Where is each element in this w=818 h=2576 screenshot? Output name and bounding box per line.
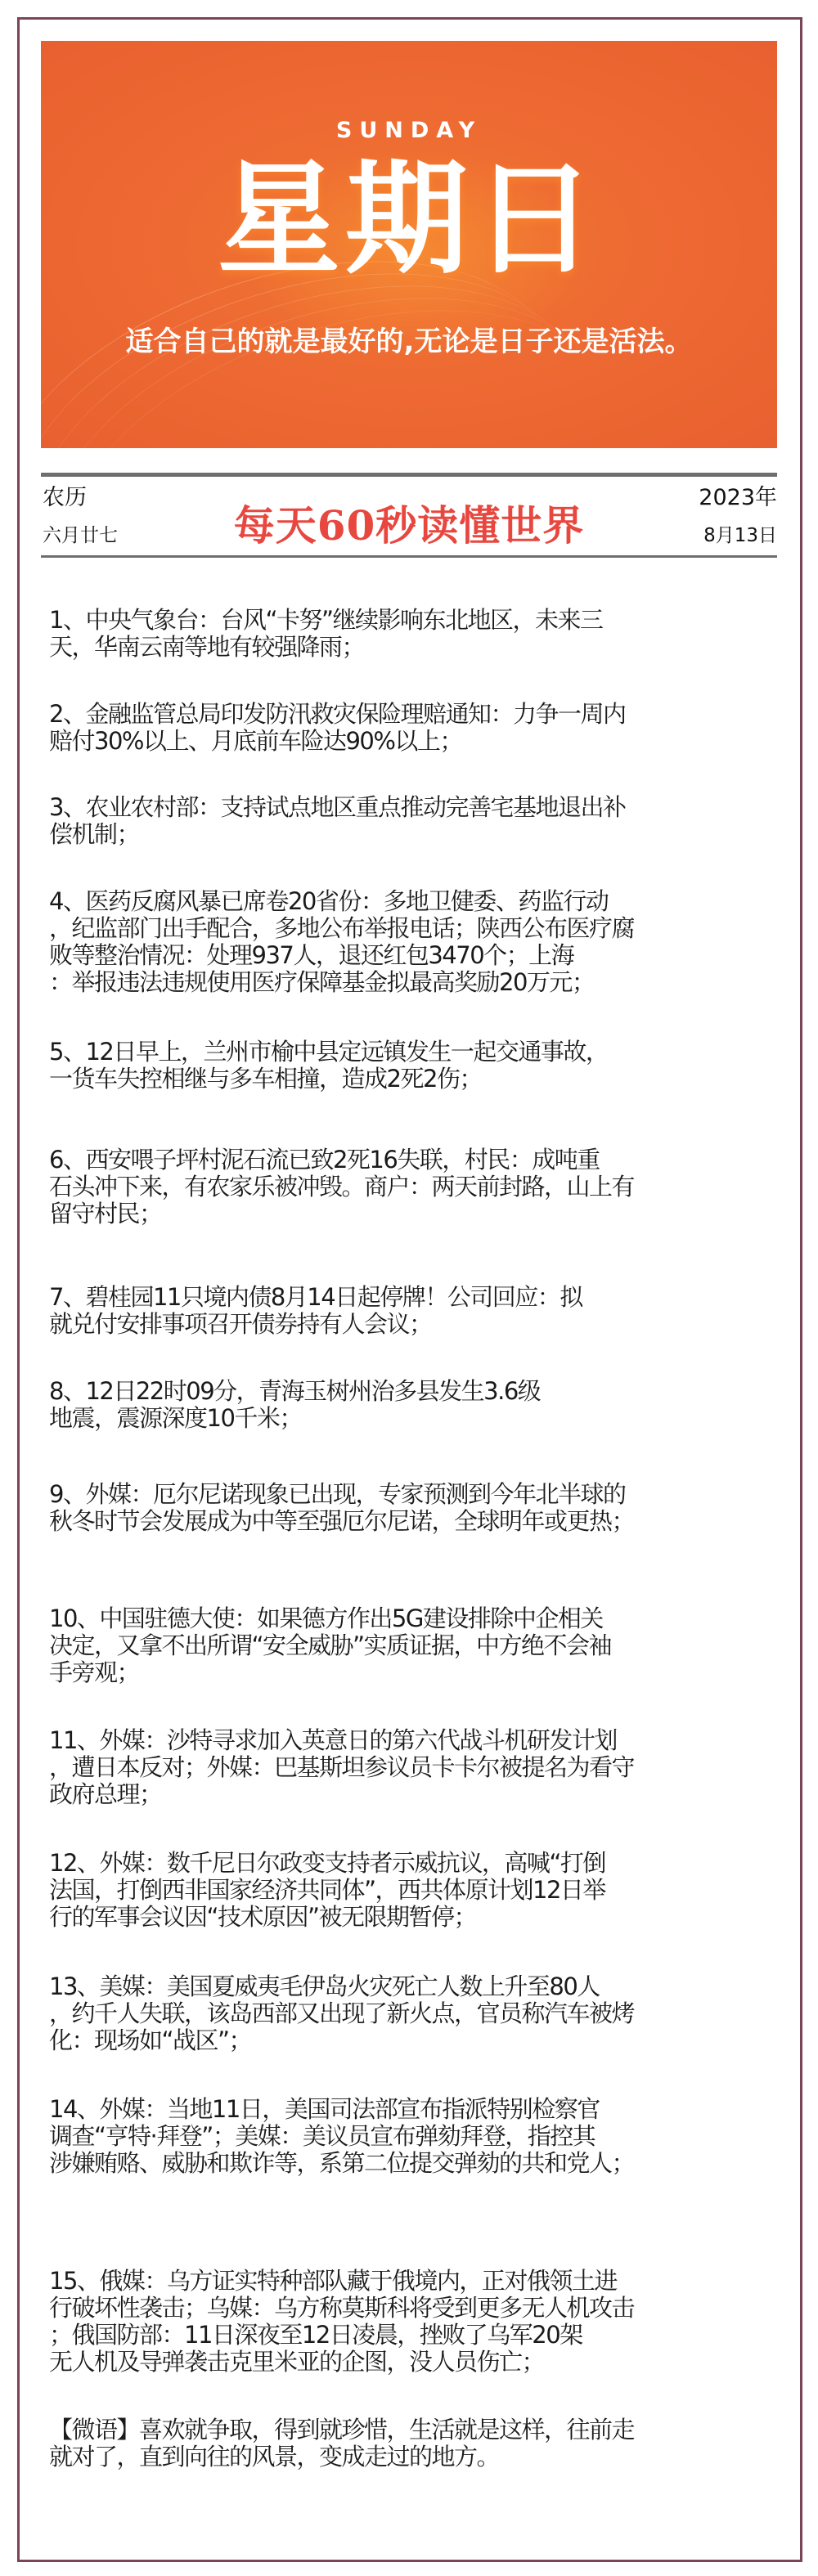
closing-quote: 【微语】喜欢就争取，得到就珍惜，生活就是这样，往前走就对了，直到向往的风景，变成…: [49, 2417, 785, 2471]
news-line: 【微语】喜欢就争取，得到就珍惜，生活就是这样，往前走: [49, 2417, 785, 2444]
news-line: 石头冲下来，有农家乐被冲毁。商户：两天前封路，山上有: [49, 1174, 785, 1200]
news-line: 调查“亨特·拜登”；美媒：美议员宣布弹劾拜登，指控其: [49, 2123, 785, 2150]
news-line: 14、外媒：当地11日，美国司法部宣布指派特别检察官: [49, 2096, 785, 2123]
news-item: 11、外媒：沙特寻求加入英意日的第六代战斗机研发计划，遭日本反对；外媒：巴基斯坦…: [49, 1727, 785, 1808]
news-item: 8、12日22时09分，青海玉树州治多县发生3.6级地震，震源深度10千米；: [49, 1378, 785, 1432]
news-item: 7、碧桂园11只境内债8月14日起停牌！公司回应：拟就兑付安排事项召开债券持有人…: [49, 1284, 785, 1338]
news-line: 就对了，直到向往的风景，变成走过的地方。: [49, 2444, 785, 2471]
news-line: 就兑付安排事项召开债券持有人会议；: [49, 1311, 785, 1338]
news-line: ，纪监部门出手配合，多地公布举报电话；陕西公布医疗腐: [49, 915, 785, 942]
news-line: 赔付30%以上、月底前车险达90%以上；: [49, 728, 785, 755]
divider-bottom: [41, 555, 777, 558]
news-line: 无人机及导弹袭击克里米亚的企图，没人员伤亡；: [49, 2349, 785, 2376]
news-line: 偿机制；: [49, 821, 785, 848]
news-line: 涉嫌贿赂、威胁和欺诈等，系第二位提交弹劾的共和党人；: [49, 2150, 785, 2177]
news-line: 15、俄媒：乌方证实特种部队藏于俄境内，正对俄领土进: [49, 2268, 785, 2295]
page-title: 每天60秒读懂世界: [204, 493, 613, 552]
news-line: 11、外媒：沙特寻求加入英意日的第六代战斗机研发计划: [49, 1727, 785, 1754]
news-line: 13、美媒：美国夏威夷毛伊岛火灾死亡人数上升至80人: [49, 1973, 785, 2000]
news-line: 天，华南云南等地有较强降雨；: [49, 634, 785, 661]
news-line: 8、12日22时09分，青海玉树州治多县发生3.6级: [49, 1378, 785, 1405]
lunar-label: 农历: [43, 479, 87, 511]
news-line: 一货车失控相继与多车相撞，造成2死2伤；: [49, 1066, 785, 1093]
news-line: 12、外媒：数千尼日尔政变支持者示威抗议，高喊“打倒: [49, 1850, 785, 1877]
news-line: 5、12日早上，兰州市榆中县定远镇发生一起交通事故，: [49, 1039, 785, 1066]
banner-motto: 适合自己的就是最好的,无论是日子还是活法。: [41, 319, 777, 359]
news-line: 秋冬时节会发展成为中等至强厄尔尼诺，全球明年或更热；: [49, 1508, 785, 1535]
news-line: 法国，打倒西非国家经济共同体”，西共体原计划12日举: [49, 1877, 785, 1904]
news-line: 化：现场如“战区”；: [49, 2027, 785, 2054]
news-item: 9、外媒：厄尔尼诺现象已出现，专家预测到今年北半球的秋冬时节会发展成为中等至强厄…: [49, 1481, 785, 1535]
news-item: 13、美媒：美国夏威夷毛伊岛火灾死亡人数上升至80人，约千人失联，该岛西部又出现…: [49, 1973, 785, 2054]
news-line: 6、西安喂子坪村泥石流已致2死16失联，村民：成吨重: [49, 1147, 785, 1174]
news-line: ：举报违法违规使用医疗保障基金拟最高奖励20万元；: [49, 969, 785, 996]
news-line: ，约千人失联，该岛西部又出现了新火点，官员称汽车被烤: [49, 2000, 785, 2027]
news-line: 2、金融监管总局印发防汛救灾保险理赔通知：力争一周内: [49, 701, 785, 728]
month-day: 8月13日: [703, 520, 777, 547]
news-line: 手旁观；: [49, 1659, 785, 1686]
news-item: 4、医药反腐风暴已席卷20省份：多地卫健委、药监行动，纪监部门出手配合，多地公布…: [49, 888, 785, 996]
news-line: 政府总理；: [49, 1781, 785, 1808]
news-item: 6、西安喂子坪村泥石流已致2死16失联，村民：成吨重石头冲下来，有农家乐被冲毁。…: [49, 1147, 785, 1227]
weekday-banner: SUNDAY 星期日 适合自己的就是最好的,无论是日子还是活法。: [41, 41, 777, 448]
news-line: 地震，震源深度10千米；: [49, 1405, 785, 1432]
news-item: 12、外媒：数千尼日尔政变支持者示威抗议，高喊“打倒法国，打倒西非国家经济共同体…: [49, 1850, 785, 1931]
news-line: 决定，又拿不出所谓“安全威胁”实质证据，中方绝不会袖: [49, 1632, 785, 1659]
year: 2023年: [699, 479, 777, 511]
news-line: 4、医药反腐风暴已席卷20省份：多地卫健委、药监行动: [49, 888, 785, 915]
news-item: 15、俄媒：乌方证实特种部队藏于俄境内，正对俄领土进行破坏性袭击；乌媒：乌方称莫…: [49, 2268, 785, 2376]
news-line: 10、中国驻德大使：如果德方作出5G建设排除中企相关: [49, 1605, 785, 1632]
news-item: 3、农业农村部：支持试点地区重点推动完善宅基地退出补偿机制；: [49, 794, 785, 848]
news-line: 行的军事会议因“技术原因”被无限期暂停；: [49, 1904, 785, 1931]
day-chinese: 星期日: [41, 146, 777, 293]
news-line: 3、农业农村部：支持试点地区重点推动完善宅基地退出补: [49, 794, 785, 821]
news-item: 14、外媒：当地11日，美国司法部宣布指派特别检察官调查“亨特·拜登”；美媒：美…: [49, 2096, 785, 2177]
news-line: 败等整治情况：处理937人，退还红包3470个；上海: [49, 942, 785, 969]
news-line: ；俄国防部：11日深夜至12日凌晨，挫败了乌军20架: [49, 2322, 785, 2349]
day-english: SUNDAY: [41, 118, 777, 143]
news-line: 留守村民；: [49, 1200, 785, 1227]
lunar-date: 六月廿七: [43, 520, 118, 547]
news-line: 9、外媒：厄尔尼诺现象已出现，专家预测到今年北半球的: [49, 1481, 785, 1508]
news-item: 5、12日早上，兰州市榆中县定远镇发生一起交通事故，一货车失控相继与多车相撞，造…: [49, 1039, 785, 1093]
news-line: 7、碧桂园11只境内债8月14日起停牌！公司回应：拟: [49, 1284, 785, 1311]
news-item: 2、金融监管总局印发防汛救灾保险理赔通知：力争一周内赔付30%以上、月底前车险达…: [49, 701, 785, 755]
news-line: 1、中央气象台：台风“卡努”继续影响东北地区，未来三: [49, 607, 785, 634]
news-line: ，遭日本反对；外媒：巴基斯坦参议员卡卡尔被提名为看守: [49, 1754, 785, 1781]
divider-top: [41, 473, 777, 477]
news-item: 10、中国驻德大使：如果德方作出5G建设排除中企相关决定，又拿不出所谓“安全威胁…: [49, 1605, 785, 1686]
news-line: 行破坏性袭击；乌媒：乌方称莫斯科将受到更多无人机攻击: [49, 2295, 785, 2322]
news-item: 1、中央气象台：台风“卡努”继续影响东北地区，未来三天，华南云南等地有较强降雨；: [49, 607, 785, 661]
